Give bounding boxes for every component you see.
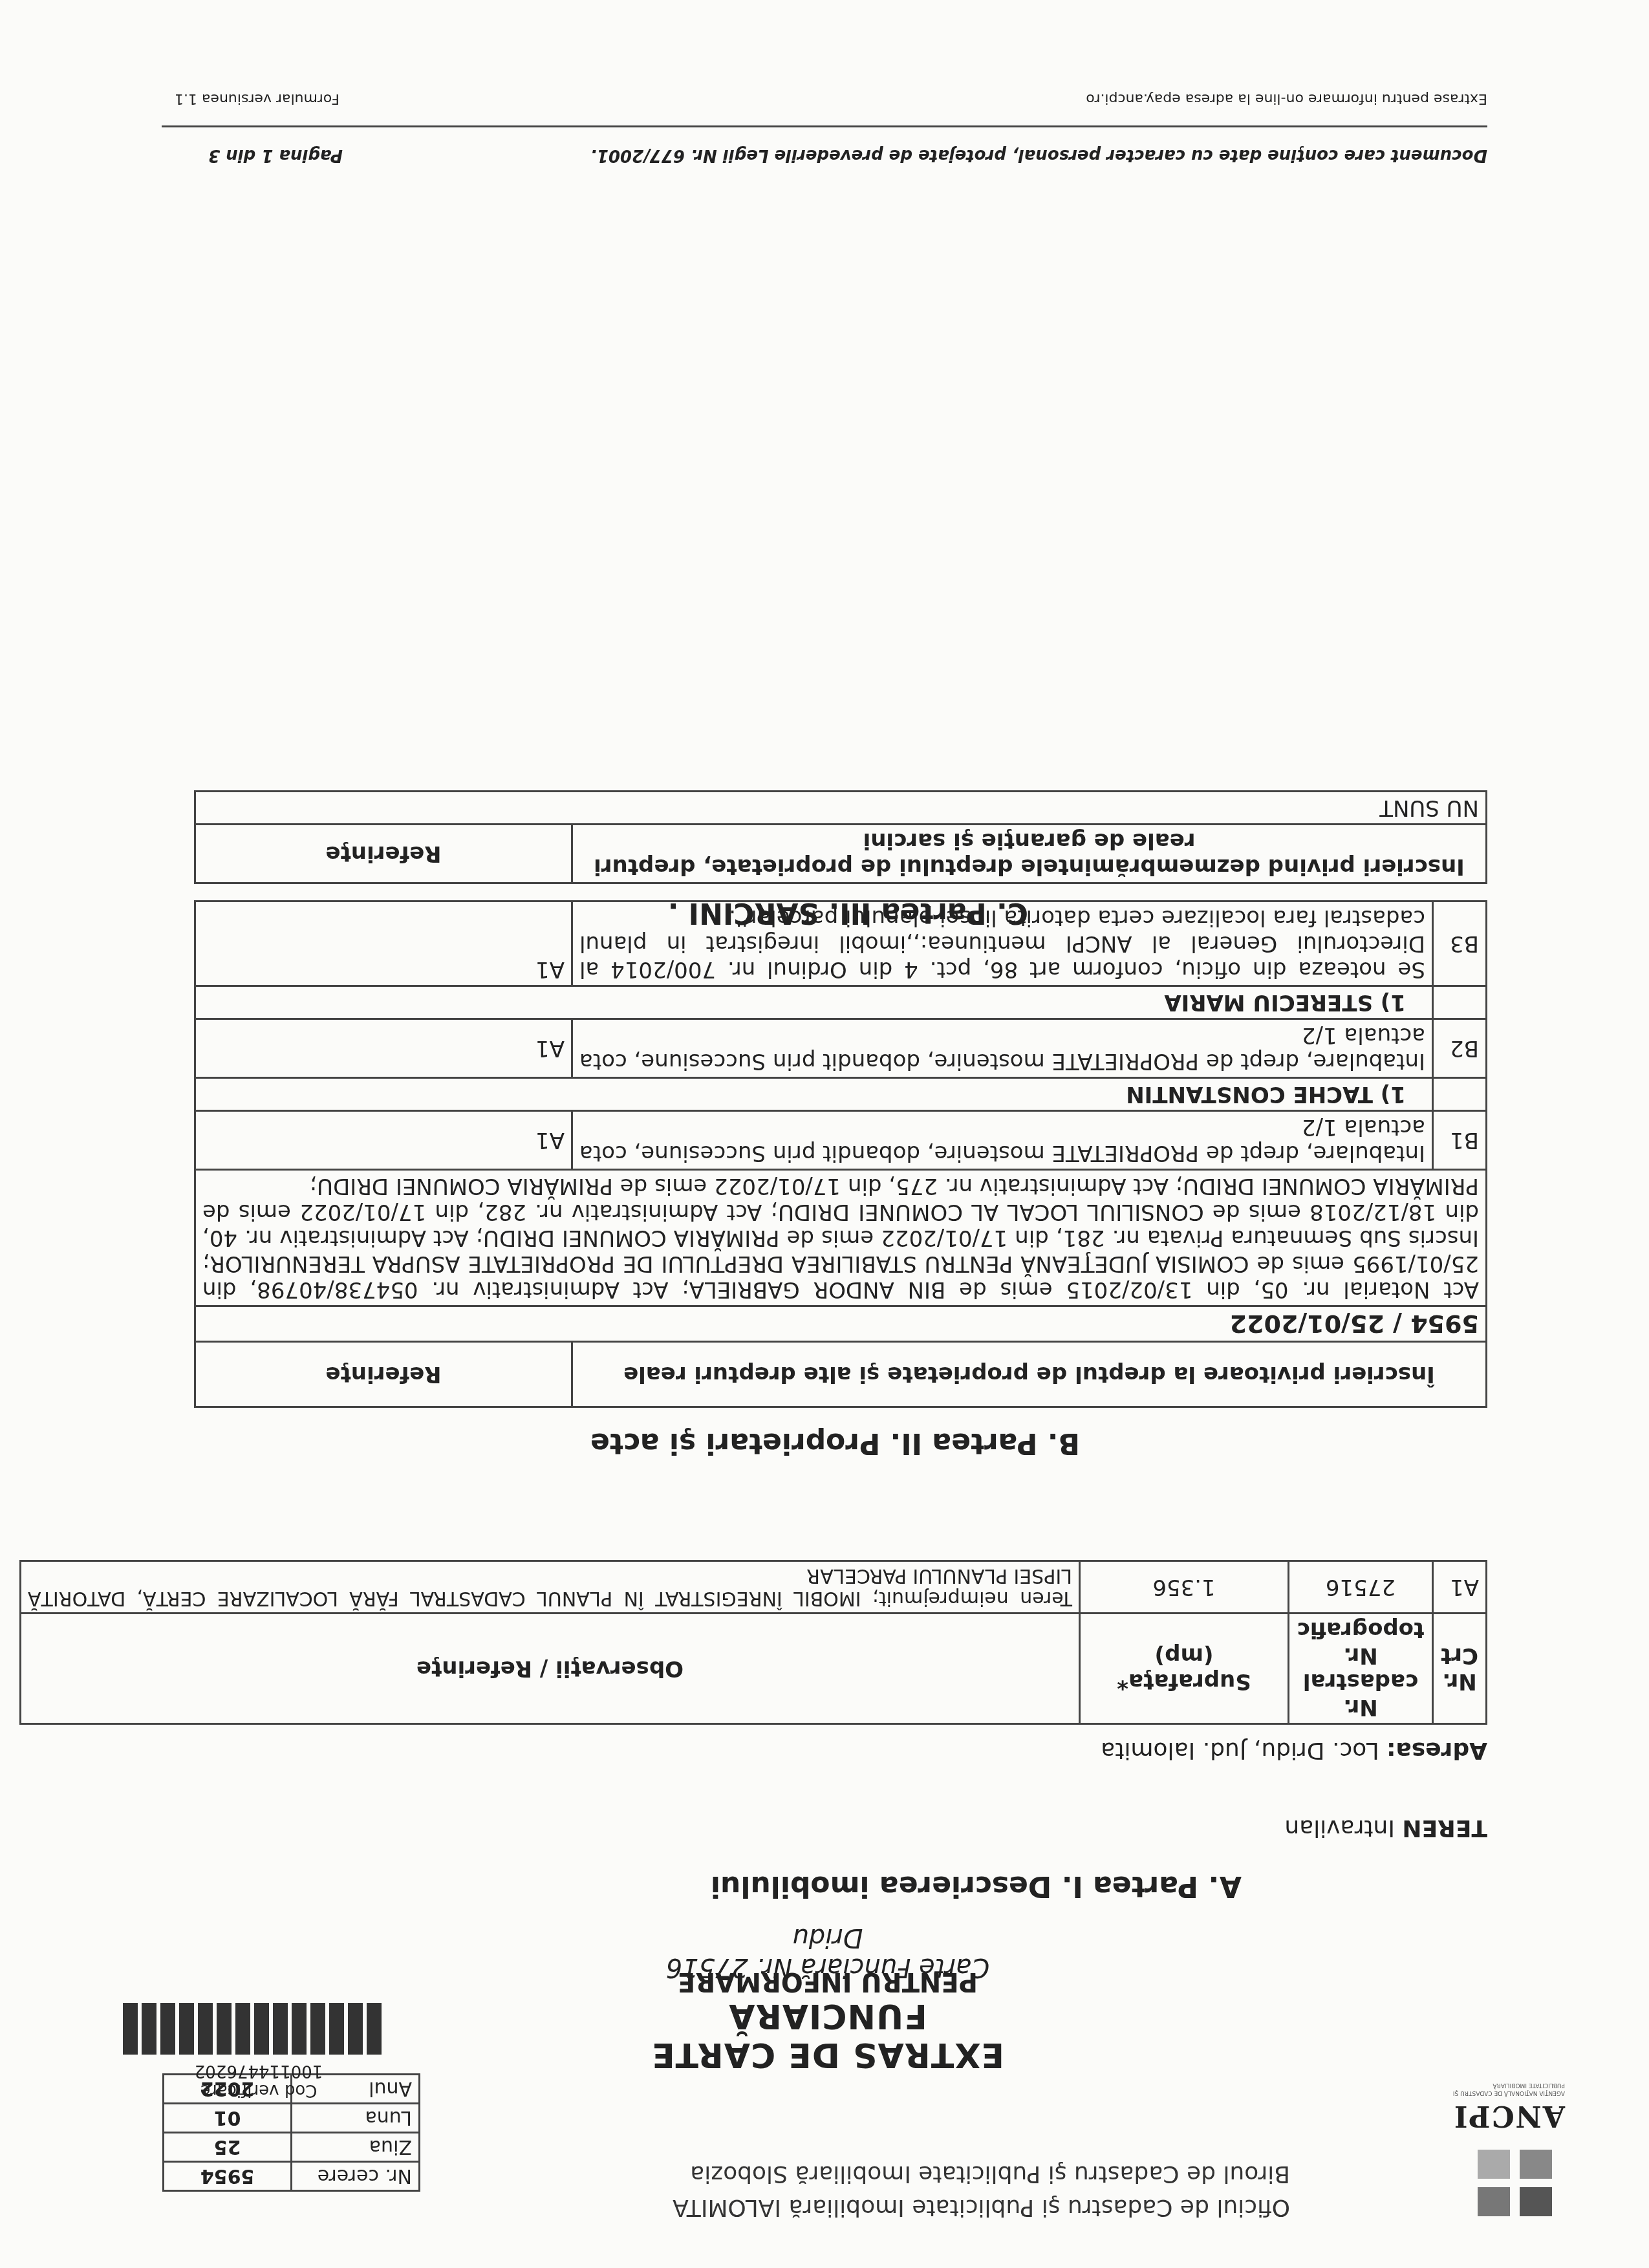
cell-suprafata: 1.356: [1080, 1561, 1289, 1614]
document-title: EXTRAS DE CARTE FUNCIARĂ PENTRU INFORMAR…: [576, 1967, 1080, 2074]
form-version: Formular versiunea 1.1: [175, 91, 339, 107]
logo-square-icon: [1478, 2187, 1510, 2216]
cod-label: Cod verificare: [126, 2080, 391, 2100]
cod-value: 100114476202: [126, 2061, 391, 2080]
act-text: Act Notarial nr. 05, din 13/02/2015 emis…: [195, 1170, 1487, 1306]
section-c-title: C. Partea III. SARCINI .: [668, 896, 1028, 929]
col-nr-crt: Nr. Crt: [1433, 1614, 1487, 1724]
col-cadastral: Nr. cadastral Nr. topografic: [1289, 1614, 1433, 1724]
entry-ref: A1: [195, 902, 572, 986]
table-header-row: Înscrieri privitoare la dreptul de propr…: [195, 1342, 1487, 1407]
col-referinte: Referinţe: [195, 825, 572, 883]
entry-id: B3: [1433, 902, 1487, 986]
verification-code: Cod verificare 100114476202: [126, 2061, 391, 2100]
request-value: 5954: [164, 2162, 292, 2191]
logo-subtext: AGENŢIA NAŢIONALĂ DE CADASTRU ŞI PUBLICI…: [1442, 2081, 1565, 2097]
request-label: Nr. cerere: [292, 2162, 420, 2191]
entry-ref: A1: [195, 1111, 572, 1170]
owner-row: 1) STERECIU MARIA: [195, 986, 1487, 1019]
table-header-row: Inscrieri privind dezmembrămintele drept…: [195, 825, 1487, 883]
cell-crt: A1: [1433, 1561, 1487, 1614]
encumbrances-table: Inscrieri privind dezmembrămintele drept…: [194, 790, 1487, 884]
office-line-2: Biroul de Cadastru şi Publicitate Imobil…: [673, 2157, 1290, 2190]
request-row: Ziua25: [164, 2133, 420, 2162]
table-header-row: Nr. Crt Nr. cadastral Nr. topografic Sup…: [21, 1614, 1487, 1724]
owner-row: 1) TACHE CONSTANTIN: [195, 1078, 1487, 1111]
address-label: Adresa:: [1386, 1737, 1487, 1764]
owners-table: Înscrieri privitoare la dreptul de propr…: [194, 900, 1487, 1408]
section-b-title: B. Partea II. Proprietari şi acte: [590, 1427, 1080, 1460]
document-page: ANCPI AGENŢIA NAŢIONALĂ DE CADASTRU ŞI P…: [0, 0, 1649, 2268]
request-value: 01: [164, 2104, 292, 2133]
ancpi-logo: ANCPI AGENŢIA NAŢIONALĂ DE CADASTRU ŞI P…: [1429, 2119, 1571, 2229]
request-value: 25: [164, 2133, 292, 2162]
teren-label: TEREN: [1402, 1815, 1487, 1841]
spacer-cell: [1433, 986, 1487, 1019]
logo-square-icon: [1478, 2150, 1510, 2179]
entry-ref: A1: [195, 1019, 572, 1078]
teren-value: Intravilan: [1284, 1815, 1402, 1841]
spacer-cell: [1433, 1078, 1487, 1111]
encumbrances-value: NU SUNT: [195, 792, 1487, 825]
office-header: Oficiul de Cadastru şi Publicitate Imobi…: [673, 2157, 1290, 2224]
online-notice: Extrase pentru informare on-line la adre…: [1086, 91, 1487, 107]
teren-type: TEREN Intravilan: [1284, 1815, 1487, 1841]
logo-square-icon: [1520, 2187, 1552, 2216]
request-label: Luna: [292, 2104, 420, 2133]
col-inscrieri: Inscrieri privind dezmembrămintele drept…: [572, 825, 1487, 883]
section-a-title: A. Partea I. Descrierea imobilului: [711, 1870, 1242, 1903]
act-header-row: 5954 / 25/01/2022: [195, 1306, 1487, 1342]
act-text-row: Act Notarial nr. 05, din 13/02/2015 emis…: [195, 1170, 1487, 1306]
owner-name: 1) TACHE CONSTANTIN: [195, 1078, 1433, 1111]
owner-name: 1) STERECIU MARIA: [195, 986, 1433, 1019]
footer-divider: [162, 125, 1487, 127]
logo-text: ANCPI: [1453, 2099, 1565, 2132]
carte-funciara-number: Carte Funciară Nr. 27516 Dridu: [627, 1923, 1028, 1982]
table-row: A1 27516 1.356 Teren neimprejmuit; IMOBI…: [21, 1561, 1487, 1614]
act-header: 5954 / 25/01/2022: [195, 1306, 1487, 1342]
entry-id: B1: [1433, 1111, 1487, 1170]
col-inscrieri: Înscrieri privitoare la dreptul de propr…: [572, 1342, 1487, 1407]
barcode-icon: [123, 2003, 382, 2055]
table-row: NU SUNT: [195, 792, 1487, 825]
request-row: Nr. cerere5954: [164, 2162, 420, 2191]
logo-square-icon: [1520, 2150, 1552, 2179]
cell-observatii: Teren neimprejmuit; IMOBIL ÎNREGISTRAT Î…: [21, 1561, 1080, 1614]
personal-data-notice: Document care conţine date cu caracter p…: [590, 146, 1487, 165]
entry-text: Intabulare, drept de PROPRIETATE mosteni…: [572, 1111, 1433, 1170]
office-line-1: Oficiul de Cadastru şi Publicitate Imobi…: [673, 2190, 1290, 2224]
table-row: B2 Intabulare, drept de PROPRIETATE most…: [195, 1019, 1487, 1078]
entry-id: B2: [1433, 1019, 1487, 1078]
address: Adresa: Loc. Dridu, Jud. Ialomita: [1101, 1737, 1487, 1764]
request-label: Ziua: [292, 2133, 420, 2162]
cell-cadastral: 27516: [1289, 1561, 1433, 1614]
col-suprafata: Suprafaţa* (mp): [1080, 1614, 1289, 1724]
table-row: B1 Intabulare, drept de PROPRIETATE most…: [195, 1111, 1487, 1170]
property-description-table: Nr. Crt Nr. cadastral Nr. topografic Sup…: [19, 1560, 1487, 1725]
address-value: Loc. Dridu, Jud. Ialomita: [1101, 1737, 1386, 1764]
col-observatii: Observaţii / Referinţe: [21, 1614, 1080, 1724]
entry-text: Intabulare, drept de PROPRIETATE mosteni…: [572, 1019, 1433, 1078]
request-row: Luna01: [164, 2104, 420, 2133]
col-referinte: Referinţe: [195, 1342, 572, 1407]
title-line-1: EXTRAS DE CARTE FUNCIARĂ: [576, 1996, 1080, 2074]
page-number: Pagina 1 din 3: [208, 146, 343, 165]
